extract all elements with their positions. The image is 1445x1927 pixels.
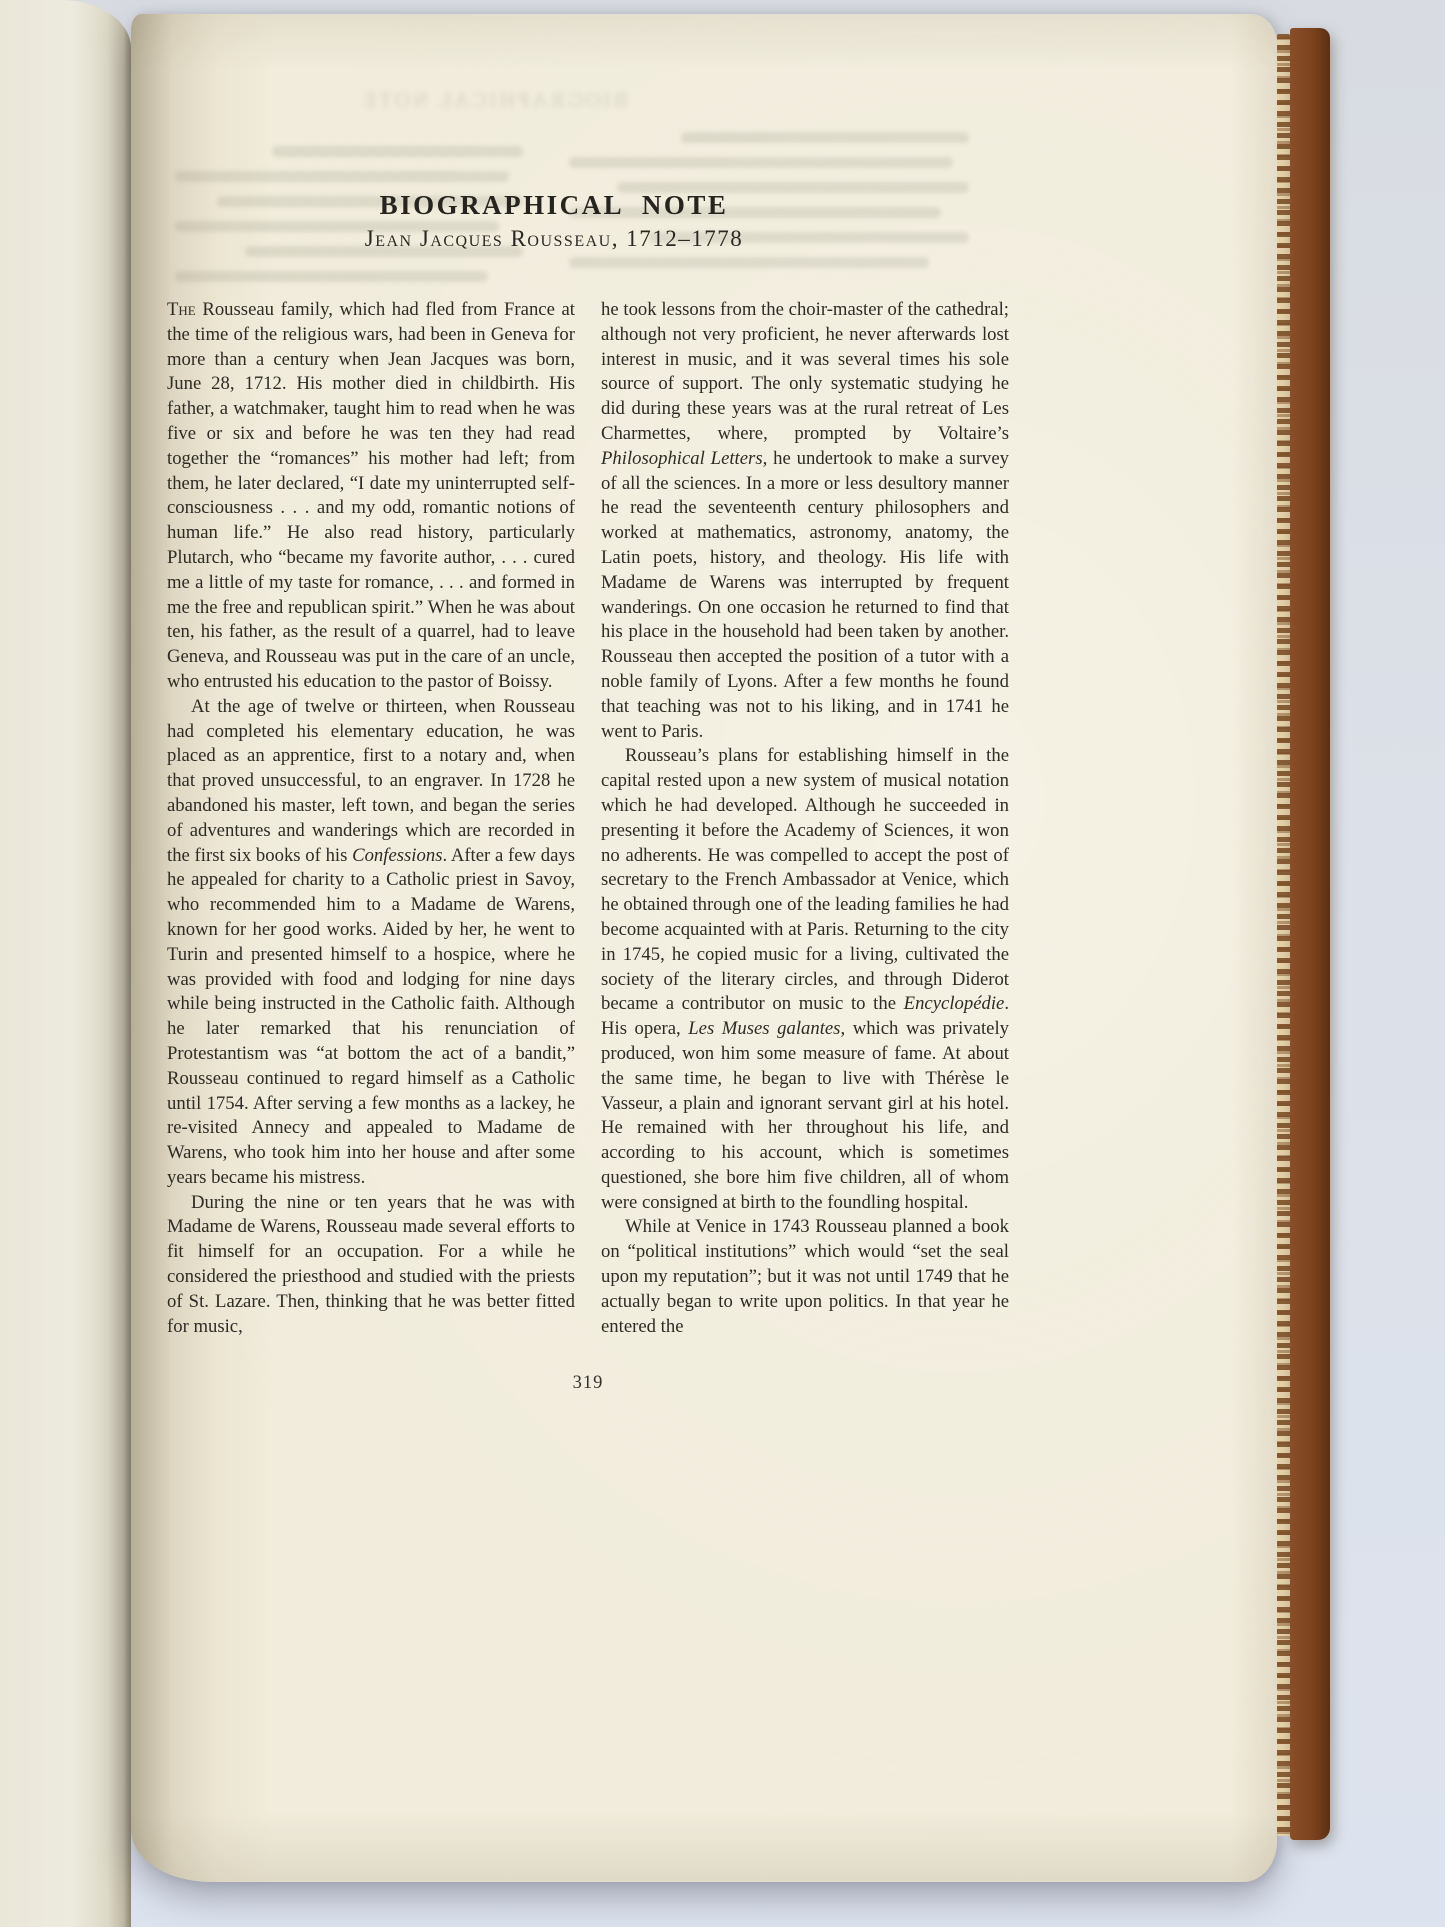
book-page: BIOGRAPHICAL NOTE BIOGRAPHICAL NOTE Jean…	[131, 14, 1277, 1882]
text-columns: The Rousseau family, which had fled from…	[167, 298, 1009, 1339]
column-left: The Rousseau family, which had fled from…	[167, 298, 575, 1339]
page-subtitle: Jean Jacques Rousseau, 1712–1778	[133, 226, 975, 252]
paragraph: At the age of twelve or thirteen, when R…	[167, 695, 575, 1191]
paragraph: Rousseau’s plans for establishing himsel…	[601, 744, 1009, 1215]
column-right: he took lessons from the choir-master of…	[601, 298, 1009, 1339]
chapter-heading: BIOGRAPHICAL NOTE Jean Jacques Rousseau,…	[133, 190, 975, 252]
paragraph: During the nine or ten years that he was…	[167, 1191, 575, 1340]
fore-edge-pages	[1277, 34, 1290, 1836]
book-cover	[1290, 28, 1330, 1840]
page-title: BIOGRAPHICAL NOTE	[133, 190, 975, 221]
facing-page-edge	[0, 0, 131, 1927]
paragraph: While at Venice in 1743 Rousseau planned…	[601, 1215, 1009, 1339]
show-through-header: BIOGRAPHICAL NOTE	[339, 88, 649, 113]
page-number: 319	[167, 1373, 1009, 1394]
book-photo: BIOGRAPHICAL NOTE BIOGRAPHICAL NOTE Jean…	[0, 0, 1445, 1927]
page-content: BIOGRAPHICAL NOTE Jean Jacques Rousseau,…	[167, 190, 1009, 1394]
paragraph: he took lessons from the choir-master of…	[601, 298, 1009, 744]
paragraph: The Rousseau family, which had fled from…	[167, 298, 575, 695]
